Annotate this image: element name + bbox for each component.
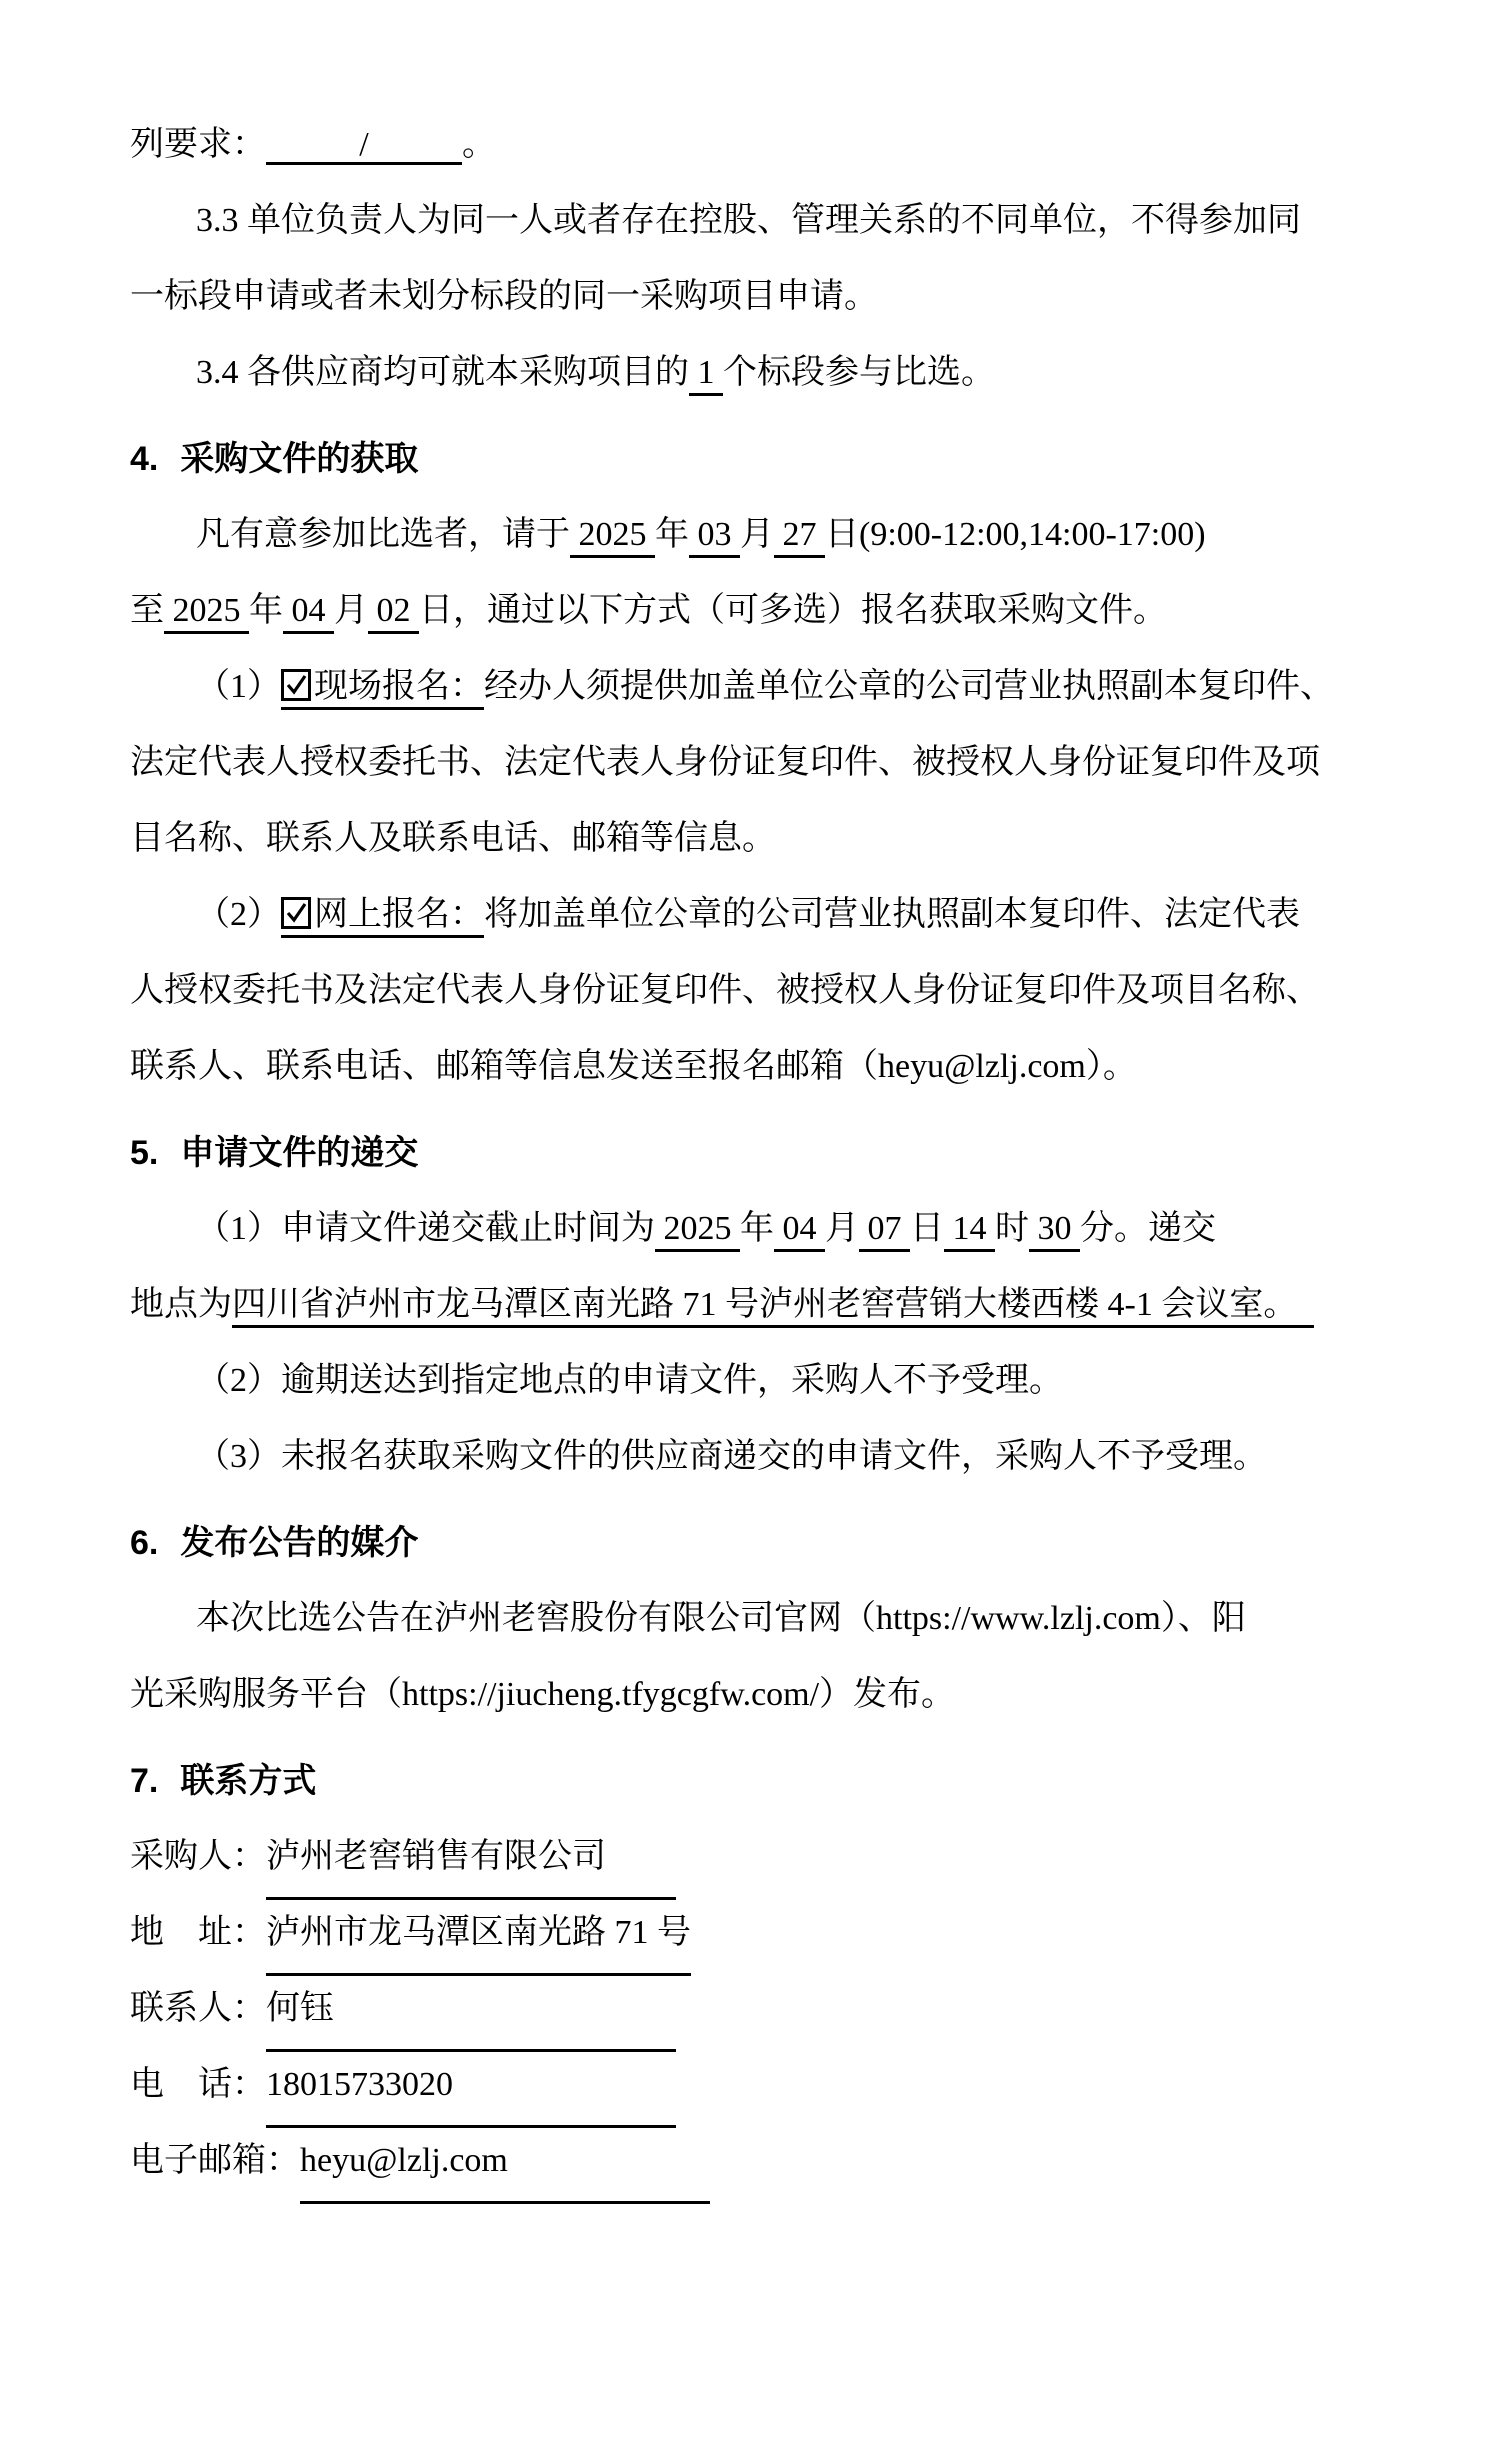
- section-6-heading: 6.发布公告的媒介: [130, 1505, 1430, 1581]
- text-run: 个标段参与比选。: [723, 354, 995, 391]
- text-run: 03: [689, 516, 740, 558]
- section-6-para-line-1: 本次比选公告在泸州老窖股份有限公司官网（https://www.lzlj.com…: [130, 1581, 1430, 1657]
- text-run: 年: [655, 516, 689, 553]
- text-run: 光采购服务平台（https://jiucheng.tfygcgfw.com/）发…: [130, 1676, 955, 1713]
- text-run: 月: [334, 592, 368, 629]
- onsite-registration-line-1: （1）现场报名：经办人须提供加盖单位公章的公司营业执照副本复印件、: [130, 649, 1430, 725]
- text-run: 法定代表人授权委托书、法定代表人身份证复印件、被授权人身份证复印件及项: [130, 744, 1320, 781]
- text-run: 电子邮箱：: [130, 2142, 300, 2179]
- text-run: 将加盖单位公章的公司营业执照副本复印件、法定代表: [484, 896, 1300, 933]
- section-7-heading: 7.联系方式: [130, 1743, 1430, 1819]
- blank-underline: /: [266, 128, 462, 165]
- text-run: （3）未报名获取采购文件的供应商递交的申请文件，采购人不予受理。: [196, 1438, 1267, 1475]
- text-run: 何钰: [266, 1971, 676, 2052]
- text-run: （1）申请文件递交截止时间为: [196, 1210, 655, 1247]
- onsite-registration-line-3: 目名称、联系人及联系电话、邮箱等信息。: [130, 801, 1430, 877]
- line-requirement-blank: 列要求：/。: [130, 107, 1430, 183]
- text-run: 泸州市龙马潭区南光路 71 号: [266, 1895, 691, 1976]
- text-run: 一标段申请或者未划分标段的同一采购项目申请。: [130, 278, 878, 315]
- text-run: 1: [689, 354, 723, 396]
- text-run: 年: [249, 592, 283, 629]
- contact-purchaser-line: 采购人：泸州老窖销售有限公司: [130, 1819, 1430, 1895]
- section-6-para-line-2: 光采购服务平台（https://jiucheng.tfygcgfw.com/）发…: [130, 1657, 1430, 1733]
- text-run: 四川省泸州市龙马潭区南光路 71 号泸州老窖营销大楼西楼 4-1 会议室。: [232, 1286, 1314, 1328]
- onsite-registration-line-2: 法定代表人授权委托书、法定代表人身份证复印件、被授权人身份证复印件及项: [130, 725, 1430, 801]
- text-run: 02: [368, 592, 419, 634]
- text-run: 3.3 单位负责人为同一人或者存在控股、管理关系的不同单位，不得参加同: [196, 202, 1301, 239]
- checkbox-wrapper: [281, 896, 314, 938]
- section-5-item-1-line-2: 地点为四川省泸州市龙马潭区南光路 71 号泸州老窖营销大楼西楼 4-1 会议室。: [130, 1267, 1430, 1343]
- section-4-heading: 4.采购文件的获取: [130, 421, 1430, 497]
- text-run: 。: [462, 126, 496, 163]
- text-run: 2025: [655, 1210, 740, 1252]
- contact-person-line: 联系人：何钰: [130, 1971, 1430, 2047]
- text-run: 27: [774, 516, 825, 558]
- section-5-item-1-line-1: （1）申请文件递交截止时间为 2025 年 04 月 07 日 14 时 30 …: [130, 1191, 1430, 1267]
- text-run: 联系人：: [130, 1990, 266, 2027]
- document-body: 列要求：/。3.3 单位负责人为同一人或者存在控股、管理关系的不同单位，不得参加…: [130, 107, 1430, 2199]
- text-run: 采购文件的获取: [180, 440, 418, 478]
- section-5-item-2: （2）逾期送达到指定地点的申请文件，采购人不予受理。: [130, 1343, 1430, 1419]
- text-run: 人授权委托书及法定代表人身份证复印件、被授权人身份证复印件及项目名称、: [130, 972, 1320, 1009]
- text-run: （2）逾期送达到指定地点的申请文件，采购人不予受理。: [196, 1362, 1063, 1399]
- text-run: 7.: [130, 1762, 158, 1800]
- contact-email-line: 电子邮箱：heyu@lzlj.com: [130, 2123, 1430, 2199]
- text-run: 3.4 各供应商均可就本采购项目的: [196, 354, 689, 391]
- text-run: 列要求：: [130, 126, 266, 163]
- text-run: 日，通过以下方式（可多选）报名获取采购文件。: [419, 592, 1167, 629]
- text-run: 04: [283, 592, 334, 634]
- text-run: 时: [995, 1210, 1029, 1247]
- text-run: 07: [859, 1210, 910, 1252]
- contact-address-line: 地 址：泸州市龙马潭区南光路 71 号: [130, 1895, 1430, 1971]
- online-registration-line-1: （2）网上报名：将加盖单位公章的公司营业执照副本复印件、法定代表: [130, 877, 1430, 953]
- text-run: 现场报名：: [314, 668, 484, 710]
- text-run: heyu@lzlj.com: [300, 2123, 710, 2204]
- checkbox-wrapper: [281, 668, 314, 710]
- text-run: 日: [910, 1210, 944, 1247]
- text-run: 经办人须提供加盖单位公章的公司营业执照副本复印件、: [484, 668, 1334, 705]
- text-run: 日(9:00-12:00,14:00-17:00): [825, 516, 1206, 553]
- text-run: 采购人：: [130, 1838, 266, 1875]
- contact-phone-line: 电 话：18015733020: [130, 2047, 1430, 2123]
- clause-3-4: 3.4 各供应商均可就本采购项目的 1 个标段参与比选。: [130, 335, 1430, 411]
- text-run: 联系人、联系电话、邮箱等信息发送至报名邮箱（heyu@lzlj.com）。: [130, 1048, 1137, 1085]
- text-run: 泸州老窖销售有限公司: [266, 1819, 676, 1900]
- text-run: 地 址：: [130, 1914, 266, 1951]
- checked-checkbox-icon: [281, 897, 311, 929]
- online-registration-line-3: 联系人、联系电话、邮箱等信息发送至报名邮箱（heyu@lzlj.com）。: [130, 1029, 1430, 1105]
- text-run: 本次比选公告在泸州老窖股份有限公司官网（https://www.lzlj.com…: [196, 1600, 1246, 1637]
- text-run: 月: [740, 516, 774, 553]
- section-4-para-line-2: 至 2025 年 04 月 02 日，通过以下方式（可多选）报名获取采购文件。: [130, 573, 1430, 649]
- text-run: 申请文件的递交: [180, 1134, 418, 1172]
- checked-checkbox-icon: [281, 669, 311, 701]
- text-run: 14: [944, 1210, 995, 1252]
- text-run: 04: [774, 1210, 825, 1252]
- text-run: 至: [130, 592, 164, 629]
- text-run: 网上报名：: [314, 896, 484, 938]
- section-5-item-3: （3）未报名获取采购文件的供应商递交的申请文件，采购人不予受理。: [130, 1419, 1430, 1495]
- text-run: 18015733020: [266, 2047, 676, 2128]
- text-run: 联系方式: [180, 1762, 316, 1800]
- text-run: （2）: [196, 896, 281, 933]
- clause-3-3-line-1: 3.3 单位负责人为同一人或者存在控股、管理关系的不同单位，不得参加同: [130, 183, 1430, 259]
- text-run: 5.: [130, 1134, 158, 1172]
- clause-3-3-line-2: 一标段申请或者未划分标段的同一采购项目申请。: [130, 259, 1430, 335]
- text-run: 地点为: [130, 1286, 232, 1323]
- text-run: （1）: [196, 668, 281, 705]
- section-4-para-line-1: 凡有意参加比选者，请于 2025 年 03 月 27 日(9:00-12:00,…: [130, 497, 1430, 573]
- text-run: 电 话：: [130, 2066, 266, 2103]
- text-run: 目名称、联系人及联系电话、邮箱等信息。: [130, 820, 776, 857]
- text-run: 2025: [164, 592, 249, 634]
- text-run: 月: [825, 1210, 859, 1247]
- text-run: 2025: [570, 516, 655, 558]
- section-5-heading: 5.申请文件的递交: [130, 1115, 1430, 1191]
- document-page: 列要求：/。3.3 单位负责人为同一人或者存在控股、管理关系的不同单位，不得参加…: [0, 0, 1500, 2438]
- online-registration-line-2: 人授权委托书及法定代表人身份证复印件、被授权人身份证复印件及项目名称、: [130, 953, 1430, 1029]
- text-run: 6.: [130, 1524, 158, 1562]
- text-run: 发布公告的媒介: [180, 1524, 418, 1562]
- text-run: 分。递交: [1080, 1210, 1216, 1247]
- text-run: 年: [740, 1210, 774, 1247]
- text-run: 30: [1029, 1210, 1080, 1252]
- text-run: 4.: [130, 440, 158, 478]
- text-run: 凡有意参加比选者，请于: [196, 516, 570, 553]
